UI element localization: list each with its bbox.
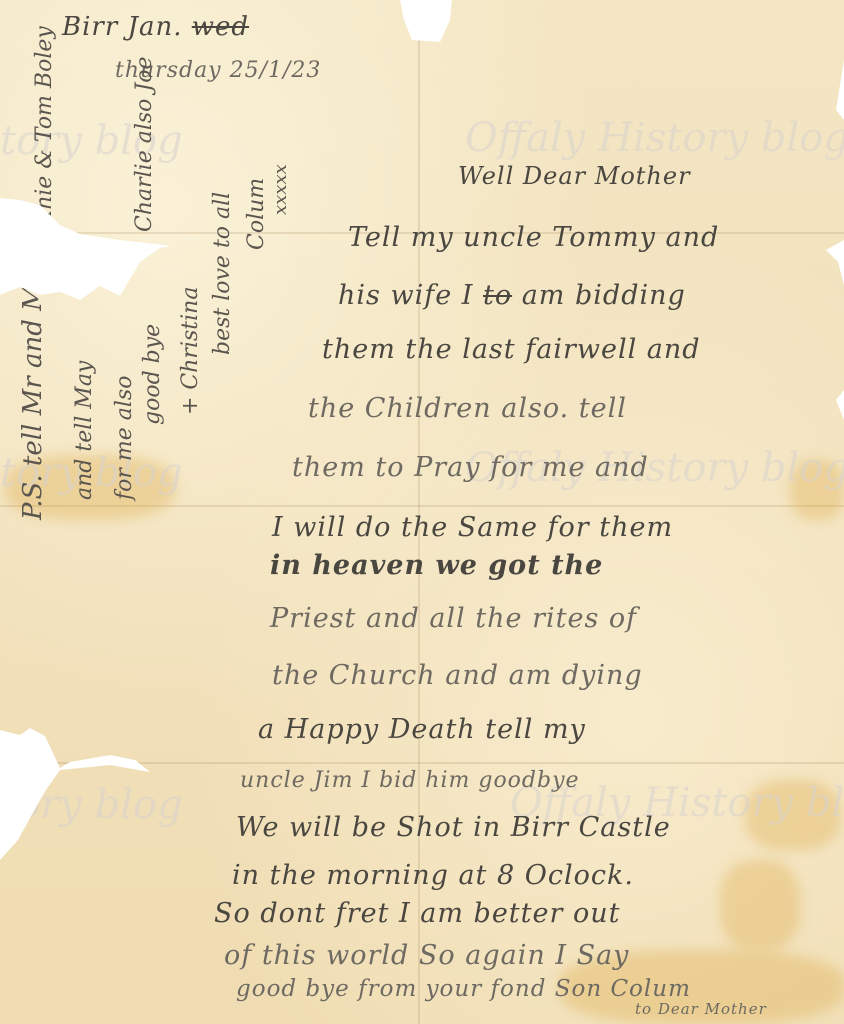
- body-line: I will do the Same for them: [272, 512, 673, 543]
- place-line: Birr Jan. wed: [62, 12, 249, 42]
- body-line: Priest and all the rites of: [270, 603, 637, 634]
- body-line: uncle Jim I bid him goodbye: [240, 768, 580, 793]
- salutation: Well Dear Mother: [458, 162, 691, 190]
- struck-text: wed: [192, 12, 249, 42]
- postscript-column: + Christina: [178, 287, 203, 415]
- postscript-column: best love to all: [210, 192, 235, 355]
- postscript-column: Annie & Tom Boley: [32, 26, 57, 240]
- postscript-column: Charlie also Joe: [132, 57, 157, 232]
- postscript-column: Colum: [244, 178, 269, 250]
- postscript-column: P.S. tell Mr and Mrs: [18, 259, 48, 521]
- body-line: them to Pray for me and: [292, 452, 649, 483]
- stain: [790, 460, 844, 520]
- body-line: the Church and am dying: [272, 660, 643, 691]
- stain: [720, 860, 800, 950]
- body-line: good bye from your fond Son Colum: [236, 976, 691, 1002]
- body-text: am bidding: [512, 280, 686, 311]
- body-line: Tell my uncle Tommy and: [348, 222, 719, 253]
- body-line: the Children also. tell: [308, 393, 627, 424]
- body-text: his wife I: [338, 280, 483, 311]
- postscript-column: good bye: [140, 324, 165, 425]
- postscript-kisses: xxxxx: [270, 164, 291, 215]
- letter-paper: Offaly History blog tory blog Offaly His…: [0, 0, 844, 1024]
- place-text: Birr Jan.: [62, 12, 192, 42]
- body-line: So dont fret I am better out: [214, 898, 620, 929]
- body-line: a Happy Death tell my: [258, 714, 586, 745]
- body-line: of this world So again I Say: [224, 940, 629, 971]
- struck-text: to: [483, 280, 512, 311]
- stain: [745, 780, 840, 850]
- watermark: Offaly History blog: [465, 115, 844, 161]
- body-line: in heaven we got the: [270, 550, 603, 581]
- body-line: his wife I to am bidding: [338, 280, 686, 311]
- postscript-column: for me also: [112, 376, 137, 500]
- postscript-column: and tell May: [72, 361, 97, 500]
- body-line: in the morning at 8 Oclock.: [232, 860, 634, 891]
- fold-line: [0, 762, 844, 764]
- body-line: them the last fairwell and: [322, 334, 701, 365]
- footer-note: to Dear Mother: [635, 1000, 767, 1018]
- body-line: We will be Shot in Birr Castle: [236, 812, 671, 843]
- watermark: tory blog: [0, 782, 183, 828]
